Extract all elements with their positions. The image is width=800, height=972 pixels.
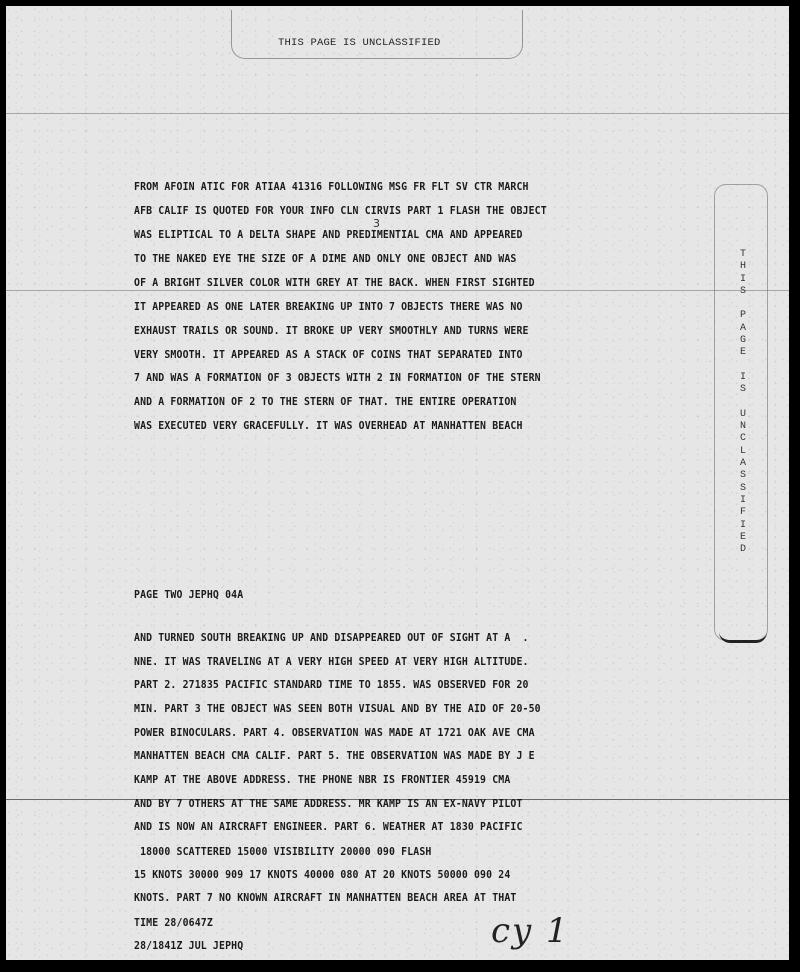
message-line: NNE. IT WAS TRAVELING AT A VERY HIGH SPE… <box>134 656 529 668</box>
side-stamp-spacer <box>737 397 749 409</box>
message-line: VERY SMOOTH. IT APPEARED AS A STACK OF C… <box>134 349 523 361</box>
side-stamp-letter: E <box>737 532 749 544</box>
message-line: 18000 SCATTERED 15000 VISIBILITY 20000 0… <box>134 846 431 858</box>
side-stamp-letter: I <box>737 372 749 384</box>
message-line: PART 2. 271835 PACIFIC STANDARD TIME TO … <box>134 679 529 691</box>
message-line: MIN. PART 3 THE OBJECT WAS SEEN BOTH VIS… <box>134 703 541 715</box>
side-stamp-letter: I <box>737 520 749 532</box>
message-line: AND A FORMATION OF 2 TO THE STERN OF THA… <box>134 396 516 408</box>
message-line: EXHAUST TRAILS OR SOUND. IT BROKE UP VER… <box>134 325 529 337</box>
message-line: IT APPEARED AS ONE LATER BREAKING UP INT… <box>134 301 523 313</box>
side-stamp-letter: S <box>737 286 749 298</box>
side-stamp-letter: G <box>737 335 749 347</box>
side-stamp-letter: P <box>737 310 749 322</box>
side-classification-stamp: T H I S P A G E I S U N C L A S S I F I … <box>737 249 749 556</box>
message-line: OF A BRIGHT SILVER COLOR WITH GREY AT TH… <box>134 277 535 289</box>
scan-line <box>6 290 789 291</box>
side-stamp-letter: D <box>737 544 749 556</box>
message-line: 7 AND WAS A FORMATION OF 3 OBJECTS WITH … <box>134 372 541 384</box>
classification-header: THIS PAGE IS UNCLASSIFIED <box>278 37 441 49</box>
scan-border-bottom <box>0 960 800 972</box>
side-stamp-letter: C <box>737 433 749 445</box>
message-line: 28/1841Z JUL JEPHQ <box>134 940 243 952</box>
message-line: TIME 28/0647Z <box>134 917 213 929</box>
side-stamp-letter: S <box>737 384 749 396</box>
side-stamp-letter: S <box>737 483 749 495</box>
message-line: AFB CALIF IS QUOTED FOR YOUR INFO CLN CI… <box>134 205 547 217</box>
message-line: WAS ELIPTICAL TO A DELTA SHAPE AND PREDI… <box>134 229 523 241</box>
page-two-heading: PAGE TWO JEPHQ 04A <box>134 589 243 601</box>
message-line: AND BY 7 OTHERS AT THE SAME ADDRESS. MR … <box>134 798 523 810</box>
side-stamp-letter: U <box>737 409 749 421</box>
side-stamp-letter: A <box>737 458 749 470</box>
message-line: KNOTS. PART 7 NO KNOWN AIRCRAFT IN MANHA… <box>134 892 516 904</box>
scan-border-right <box>789 0 800 972</box>
side-stamp-letter: A <box>737 323 749 335</box>
side-stamp-letter: F <box>737 507 749 519</box>
scan-line <box>6 113 789 114</box>
document-page: THIS PAGE IS UNCLASSIFIED T H I S P A G … <box>6 6 789 960</box>
handwritten-copy-note: cy 1 <box>491 911 570 951</box>
side-stamp-letter: I <box>737 274 749 286</box>
side-stamp-letter: S <box>737 470 749 482</box>
message-line: KAMP AT THE ABOVE ADDRESS. THE PHONE NBR… <box>134 774 510 786</box>
header-stamp-border <box>231 10 523 59</box>
message-line: WAS EXECUTED VERY GRACEFULLY. IT WAS OVE… <box>134 420 523 432</box>
side-stamp-spacer <box>737 298 749 310</box>
message-line: 15 KNOTS 30000 909 17 KNOTS 40000 080 AT… <box>134 869 510 881</box>
message-line: TO THE NAKED EYE THE SIZE OF A DIME AND … <box>134 253 516 265</box>
side-stamp-letter: H <box>737 261 749 273</box>
message-line: MANHATTEN BEACH CMA CALIF. PART 5. THE O… <box>134 750 535 762</box>
side-stamp-letter: L <box>737 446 749 458</box>
side-stamp-letter: I <box>737 495 749 507</box>
message-line: POWER BINOCULARS. PART 4. OBSERVATION WA… <box>134 727 535 739</box>
side-stamp-letter: T <box>737 249 749 261</box>
message-line: FROM AFOIN ATIC FOR ATIAA 41316 FOLLOWIN… <box>134 181 529 193</box>
side-stamp-border-bottom <box>719 632 767 643</box>
side-stamp-letter: E <box>737 347 749 359</box>
side-stamp-letter: N <box>737 421 749 433</box>
message-line: AND IS NOW AN AIRCRAFT ENGINEER. PART 6.… <box>134 821 523 833</box>
message-line: AND TURNED SOUTH BREAKING UP AND DISAPPE… <box>134 632 529 644</box>
side-stamp-spacer <box>737 360 749 372</box>
